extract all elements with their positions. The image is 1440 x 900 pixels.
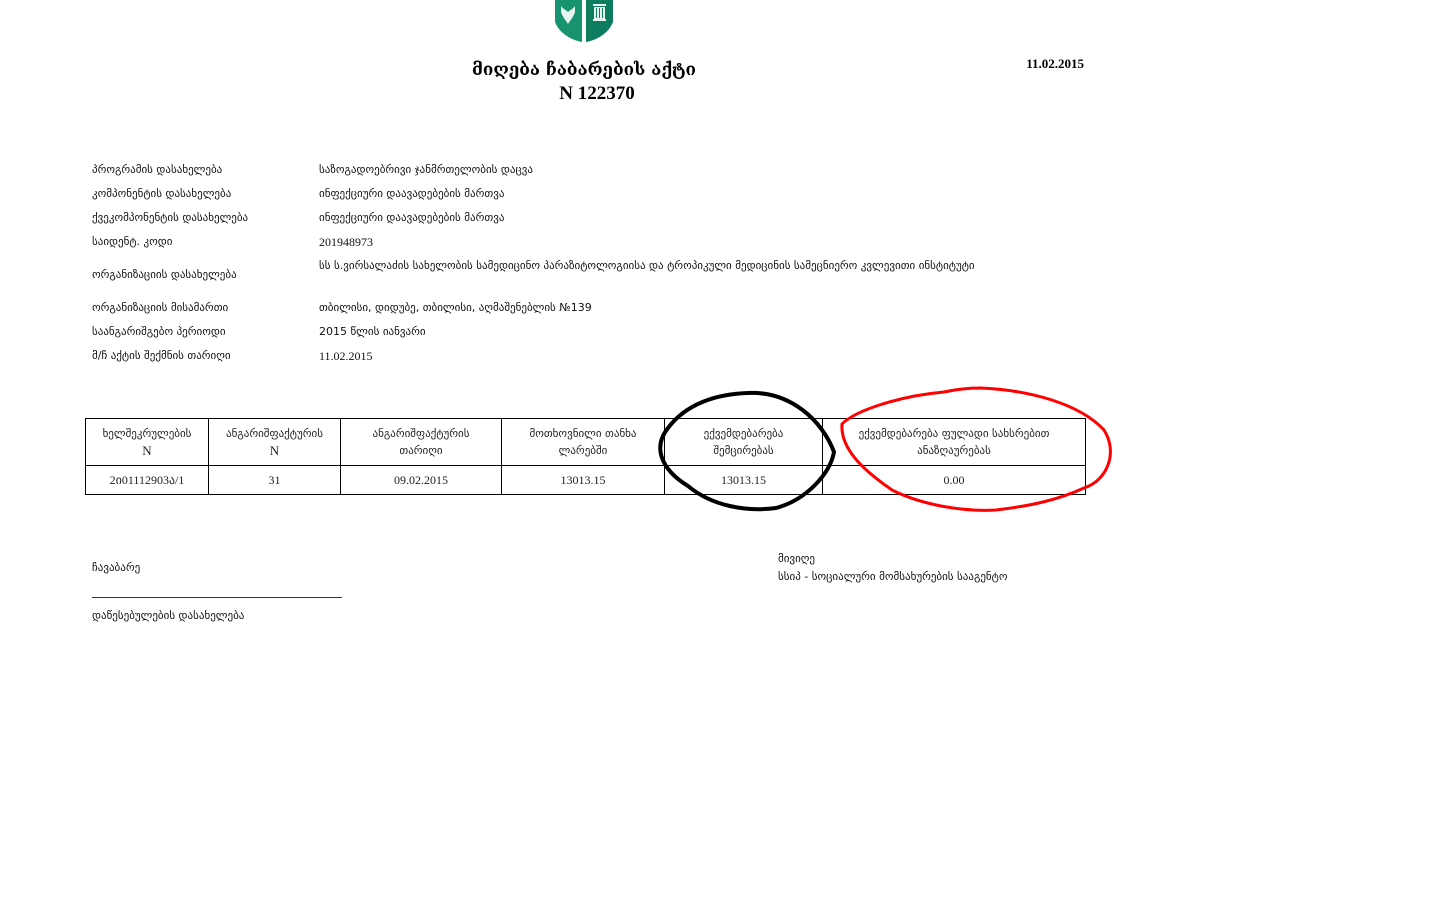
info-value-id-code: 201948973 bbox=[319, 233, 1039, 251]
cell-subject-to-reduction: 13013.15 bbox=[665, 466, 823, 495]
cell-subject-to-reimbursement: 0.00 bbox=[823, 466, 1086, 495]
cell-invoice-number: 31 bbox=[209, 466, 341, 495]
info-label-subcomponent: ქვეკომპონენტის დასახელება bbox=[92, 211, 248, 224]
shield-emblem-icon bbox=[553, 0, 615, 44]
cell-contract-number: 2ი01112903ა/1 bbox=[86, 466, 209, 495]
info-label-period: საანგარიშგებო პერიოდი bbox=[92, 325, 226, 338]
col-header-invoice-number: ანგარიშფაქტურისN bbox=[209, 419, 341, 466]
institution-name-label: დაწესებულების დასახელება bbox=[92, 609, 244, 622]
info-label-org-name: ორგანიზაციის დასახელება bbox=[92, 268, 237, 281]
cell-invoice-date: 09.02.2015 bbox=[341, 466, 502, 495]
acceptance-table: ხელშეკრულებისN ანგარიშფაქტურისN ანგარიშფ… bbox=[85, 418, 1086, 495]
info-label-id-code: საიდენტ. კოდი bbox=[92, 235, 173, 248]
col-header-requested-amount: მოთხოვნილი თანხალარებში bbox=[502, 419, 665, 466]
receiver-organization: სსიპ - სოციალური მომსახურების სააგენტო bbox=[778, 570, 1008, 583]
document-title: მიღება ჩაბარების აქტი bbox=[384, 59, 784, 82]
table-row: 2ი01112903ა/1 31 09.02.2015 13013.15 130… bbox=[86, 466, 1086, 495]
info-label-org-address: ორგანიზაციის მისამართი bbox=[92, 301, 228, 314]
table-header-row: ხელშეკრულებისN ანგარიშფაქტურისN ანგარიშფ… bbox=[86, 419, 1086, 466]
info-value-org-name: სს ს.ვირსალაძის სახელობის სამედიცინო პარ… bbox=[319, 257, 1019, 275]
info-label-act-date: მ/ჩ აქტის შექმნის თარიღი bbox=[92, 349, 231, 362]
col-header-invoice-date: ანგარიშფაქტურისთარიღი bbox=[341, 419, 502, 466]
info-label-component: კომპონენტის დასახელება bbox=[92, 187, 231, 200]
document-number: N 122370 bbox=[384, 83, 810, 105]
col-header-subject-to-reduction: ექვემდებარებაშემცირებას bbox=[665, 419, 823, 466]
col-header-contract-number: ხელშეკრულებისN bbox=[86, 419, 209, 466]
document-date: 11.02.2015 bbox=[1000, 56, 1084, 72]
info-value-subcomponent: ინფექციური დაავადებების მართვა bbox=[319, 209, 1039, 227]
info-value-component: ინფექციური დაავადებების მართვა bbox=[319, 185, 1039, 203]
handed-over-label: ჩავაბარე bbox=[92, 561, 140, 574]
info-value-org-address: თბილისი, დიდუბე, თბილისი, აღმაშენებლის №… bbox=[319, 299, 1039, 317]
info-value-act-date: 11.02.2015 bbox=[319, 347, 1039, 365]
col-header-subject-to-reimbursement: ექვემდებარება ფულადი სახსრებითანაზღაურებ… bbox=[823, 419, 1086, 466]
signature-line bbox=[92, 597, 342, 598]
info-value-period: 2015 წლის იანვარი bbox=[319, 323, 1039, 341]
info-value-program: საზოგადოებრივი ჯანმრთელობის დაცვა bbox=[319, 161, 1039, 179]
cell-requested-amount: 13013.15 bbox=[502, 466, 665, 495]
received-label: მივიღე bbox=[778, 552, 815, 565]
info-label-program: პროგრამის დასახელება bbox=[92, 163, 222, 176]
